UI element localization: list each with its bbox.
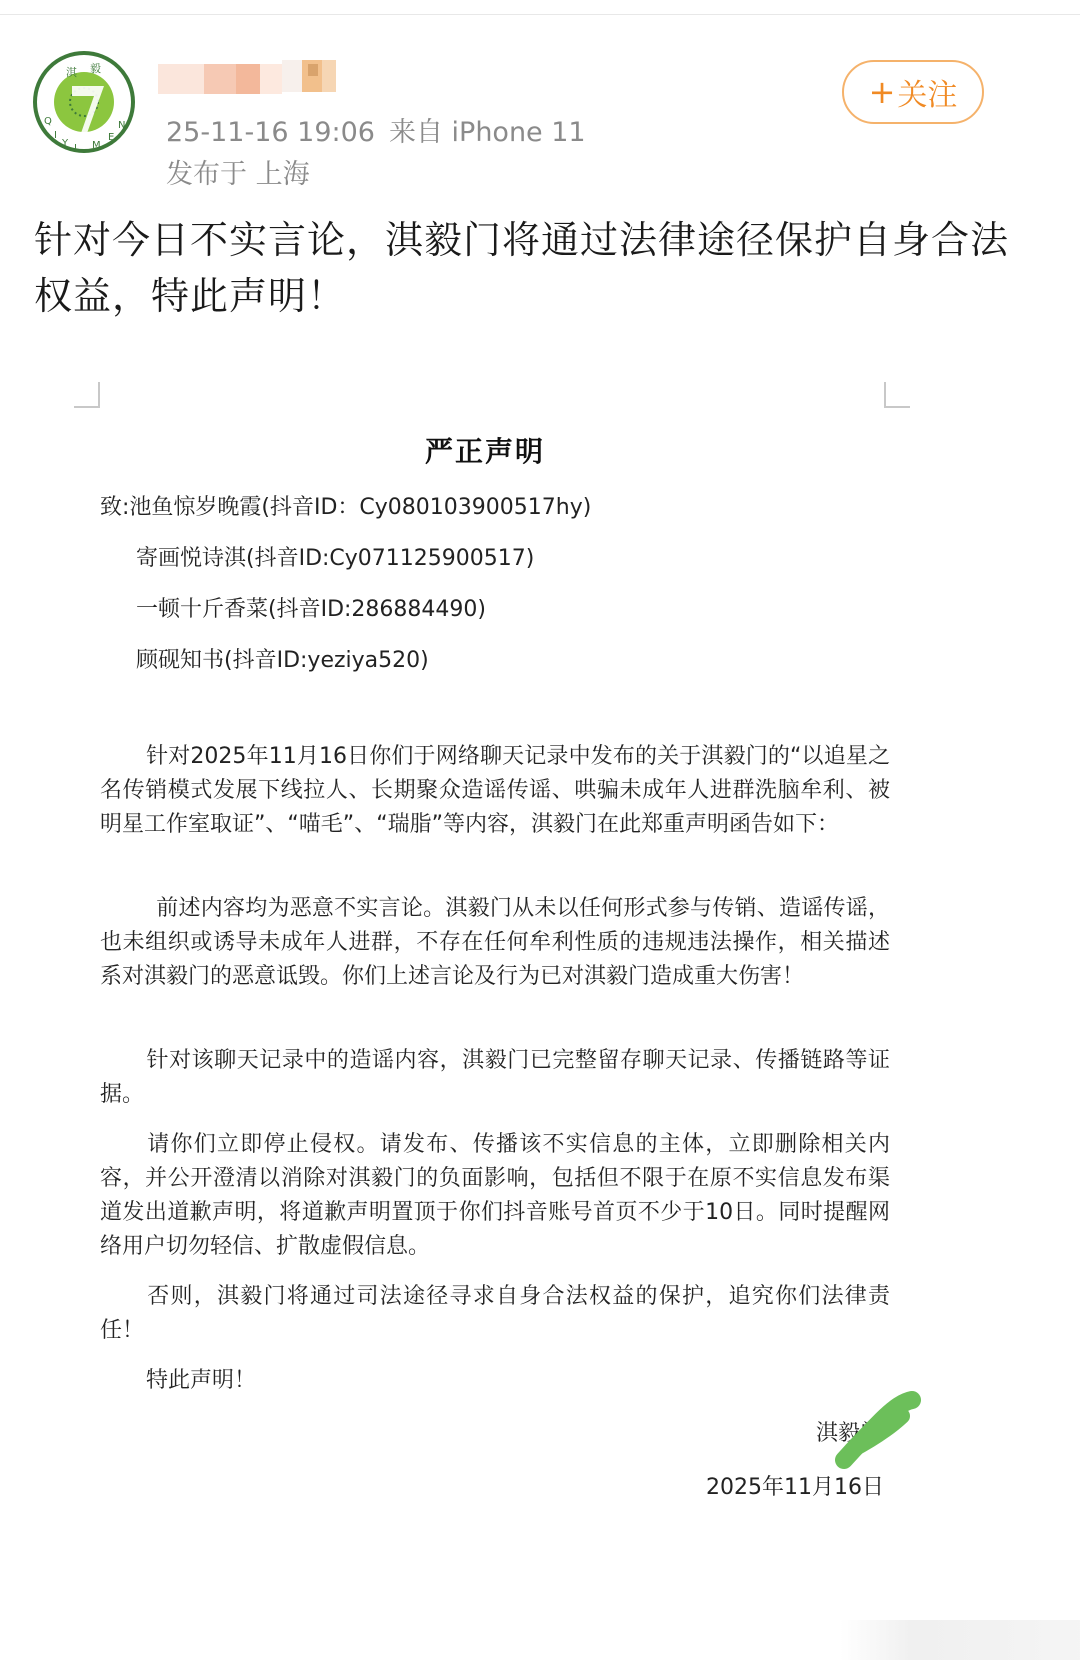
svg-text:E: E xyxy=(108,132,114,143)
svg-text:M: M xyxy=(92,140,101,151)
document-paragraph: 针对2025年11月16日你们于网络聊天记录中发布的关于淇毅门的“以追星之名传销… xyxy=(100,740,890,842)
post-timestamp: 25-11-16 19:06 xyxy=(166,117,375,148)
post-meta: 25-11-16 19:06来自 iPhone 11 xyxy=(166,110,586,149)
svg-text:I: I xyxy=(54,130,57,141)
document-paragraph: 前述内容均为恶意不实言论。淇毅门从未以任何形式参与传销、造谣传谣，也未组织或诱导… xyxy=(100,892,890,994)
plus-icon: + xyxy=(869,73,896,111)
top-divider xyxy=(0,14,1080,15)
recipient-line: 寄画悦诗淇(抖音ID:Cy071125900517) xyxy=(136,541,534,572)
document-paragraph: 否则，淇毅门将通过司法途径寻求自身合法权益的保护，追究你们法律责任！ xyxy=(100,1280,890,1348)
document-paragraph: 请你们立即停止侵权。请发布、传播该不实信息的主体，立即删除相关内容，并公开澄清以… xyxy=(100,1128,890,1264)
recipient-line: 致:池鱼惊岁晚霞(抖音ID：Cy080103900517hy) xyxy=(100,490,591,521)
avatar[interactable]: 淇 毅 Q I Y I M E N xyxy=(32,50,136,154)
watermark-fade xyxy=(840,1620,1080,1660)
document-paragraph: 特此声明！ xyxy=(100,1364,890,1398)
page-corner-mark-left xyxy=(74,382,100,408)
document-paragraph: 针对该聊天记录中的造谣内容，淇毅门已完整留存聊天记录、传播链路等证据。 xyxy=(100,1044,890,1112)
author-name-redacted[interactable] xyxy=(158,60,338,100)
follow-button[interactable]: + 关注 xyxy=(842,60,984,124)
svg-text:Y: Y xyxy=(61,138,69,149)
svg-text:Q: Q xyxy=(44,116,52,127)
redaction-scribble xyxy=(832,1390,922,1470)
svg-text:N: N xyxy=(118,120,125,131)
qiyimen-logo-icon: 淇 毅 Q I Y I M E N xyxy=(32,50,136,154)
post-source: 来自 iPhone 11 xyxy=(389,117,586,148)
follow-label: 关注 xyxy=(897,70,957,114)
post-text: 针对今日不实言论，淇毅门将通过法律途径保护自身合法权益，特此声明！ xyxy=(34,212,1034,324)
post-location: 发布于 上海 xyxy=(166,152,310,191)
svg-text:毅: 毅 xyxy=(90,62,101,75)
svg-text:I: I xyxy=(74,143,77,154)
svg-text:淇: 淇 xyxy=(66,65,77,79)
page-corner-mark-right xyxy=(884,382,910,408)
recipient-line: 一顿十斤香菜(抖音ID:286884490) xyxy=(136,592,486,623)
statement-document-image[interactable]: 严正声明 致:池鱼惊岁晚霞(抖音ID：Cy080103900517hy) 寄画悦… xyxy=(0,360,1080,1560)
document-title: 严正声明 xyxy=(0,430,970,470)
signature-date: 2025年11月16日 xyxy=(706,1470,884,1501)
recipient-line: 顾砚知书(抖音ID:yeziya520) xyxy=(136,643,429,674)
